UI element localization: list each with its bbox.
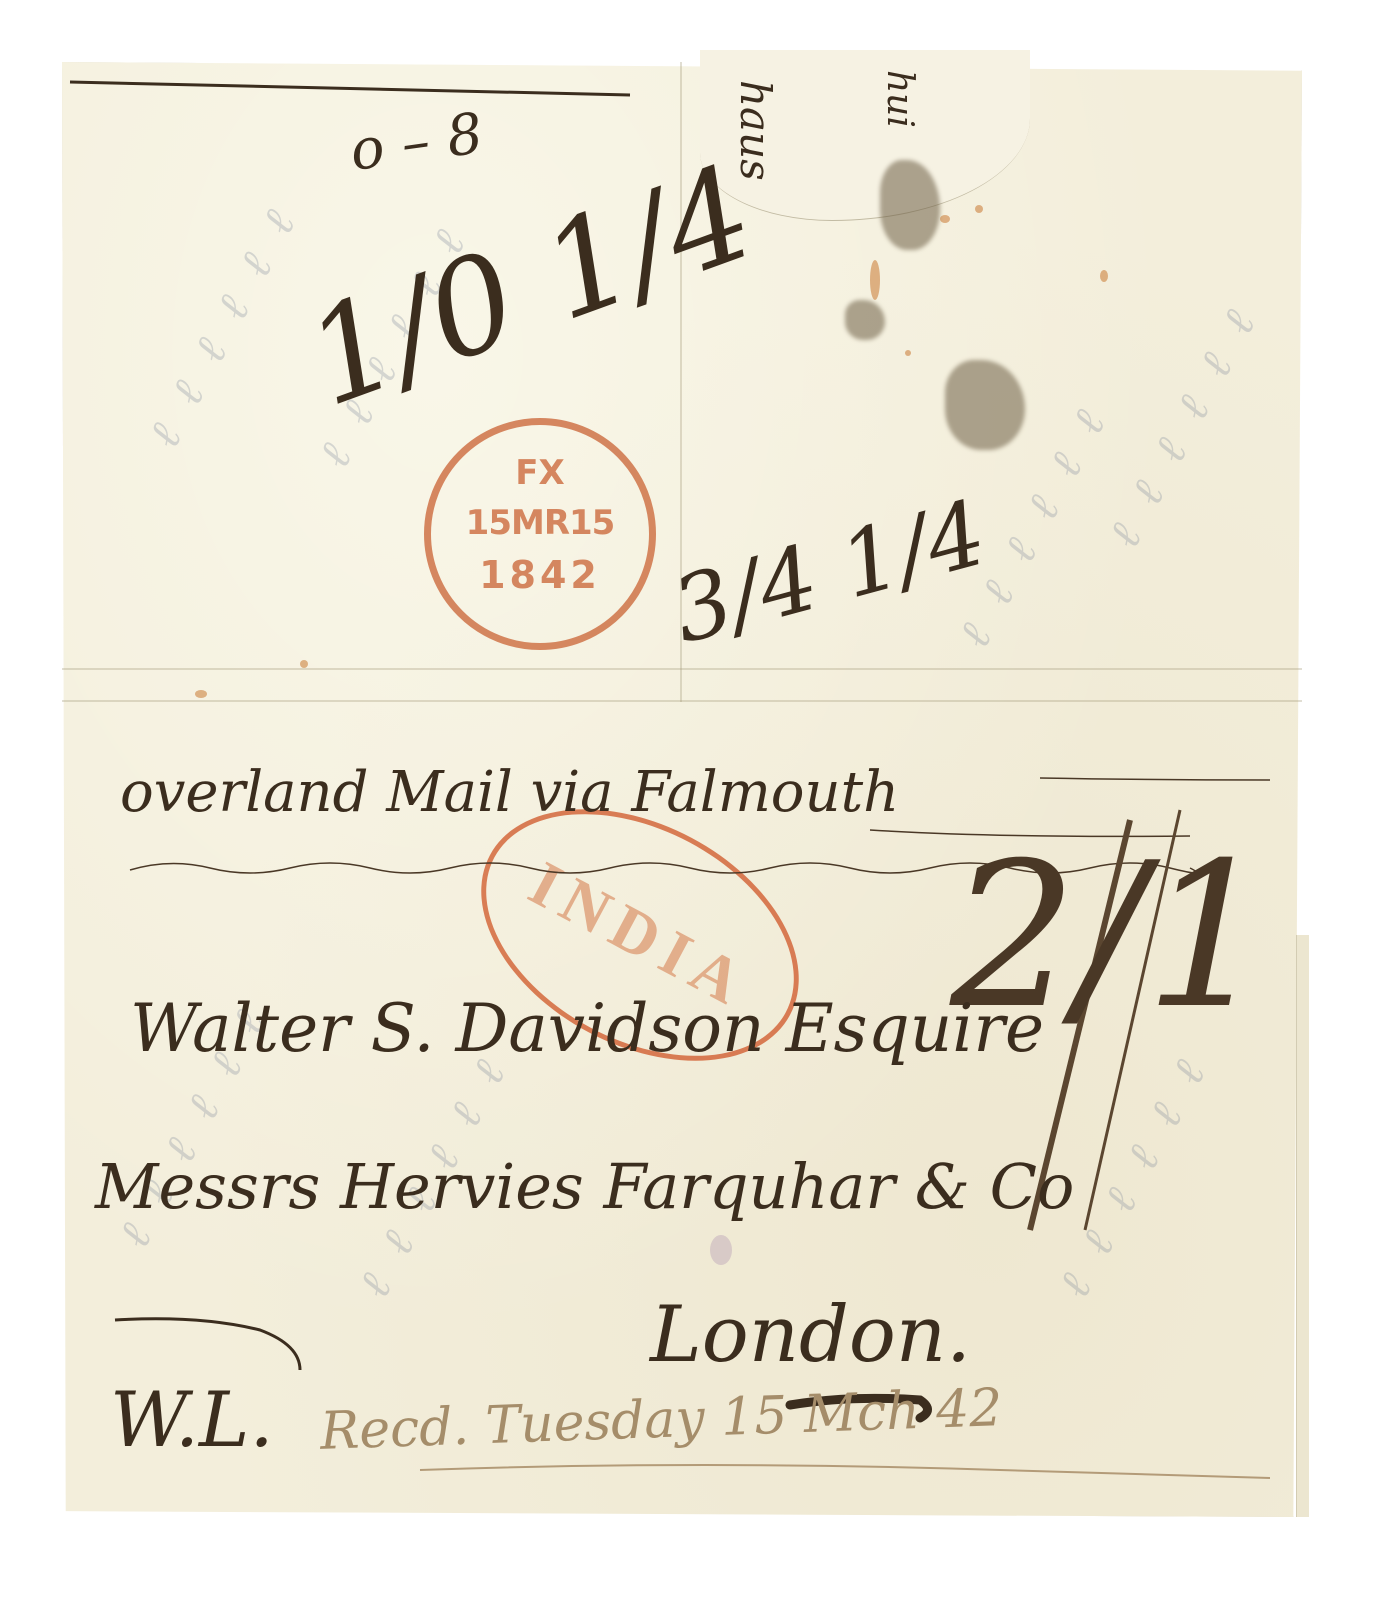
- foxing-spot: [975, 205, 983, 213]
- flap-fragment: hui: [879, 70, 920, 128]
- sender-initials: W.L.: [110, 1375, 274, 1464]
- foxing-spot: [195, 690, 207, 698]
- addressee-city: London.: [650, 1290, 971, 1380]
- addressee-name: Walter S. Davidson Esquire: [130, 990, 1044, 1067]
- fold-line: [62, 668, 1302, 670]
- postmark-circular-datestamp: FX 15MR15 1842: [424, 418, 656, 650]
- folded-flap: [1296, 935, 1309, 1517]
- foxing-spot: [940, 215, 950, 223]
- postmark-date: 15MR15: [431, 503, 649, 543]
- postmark-code: FX: [431, 453, 649, 493]
- foxing-spot: [300, 660, 308, 668]
- addressee-firm: Messrs Hervies Farquhar & Co: [95, 1150, 1074, 1223]
- foxing-spot: [905, 350, 911, 356]
- route-endorsement: overland Mail via Falmouth: [120, 760, 899, 825]
- foxing-spot: [870, 260, 880, 300]
- ink-smudge: [845, 300, 885, 340]
- foxing-spot: [1100, 270, 1108, 282]
- fold-line: [62, 700, 1302, 702]
- flap-fragment: haus: [731, 80, 780, 181]
- postmark-year: 1842: [431, 553, 649, 597]
- wax-residue: [710, 1235, 732, 1265]
